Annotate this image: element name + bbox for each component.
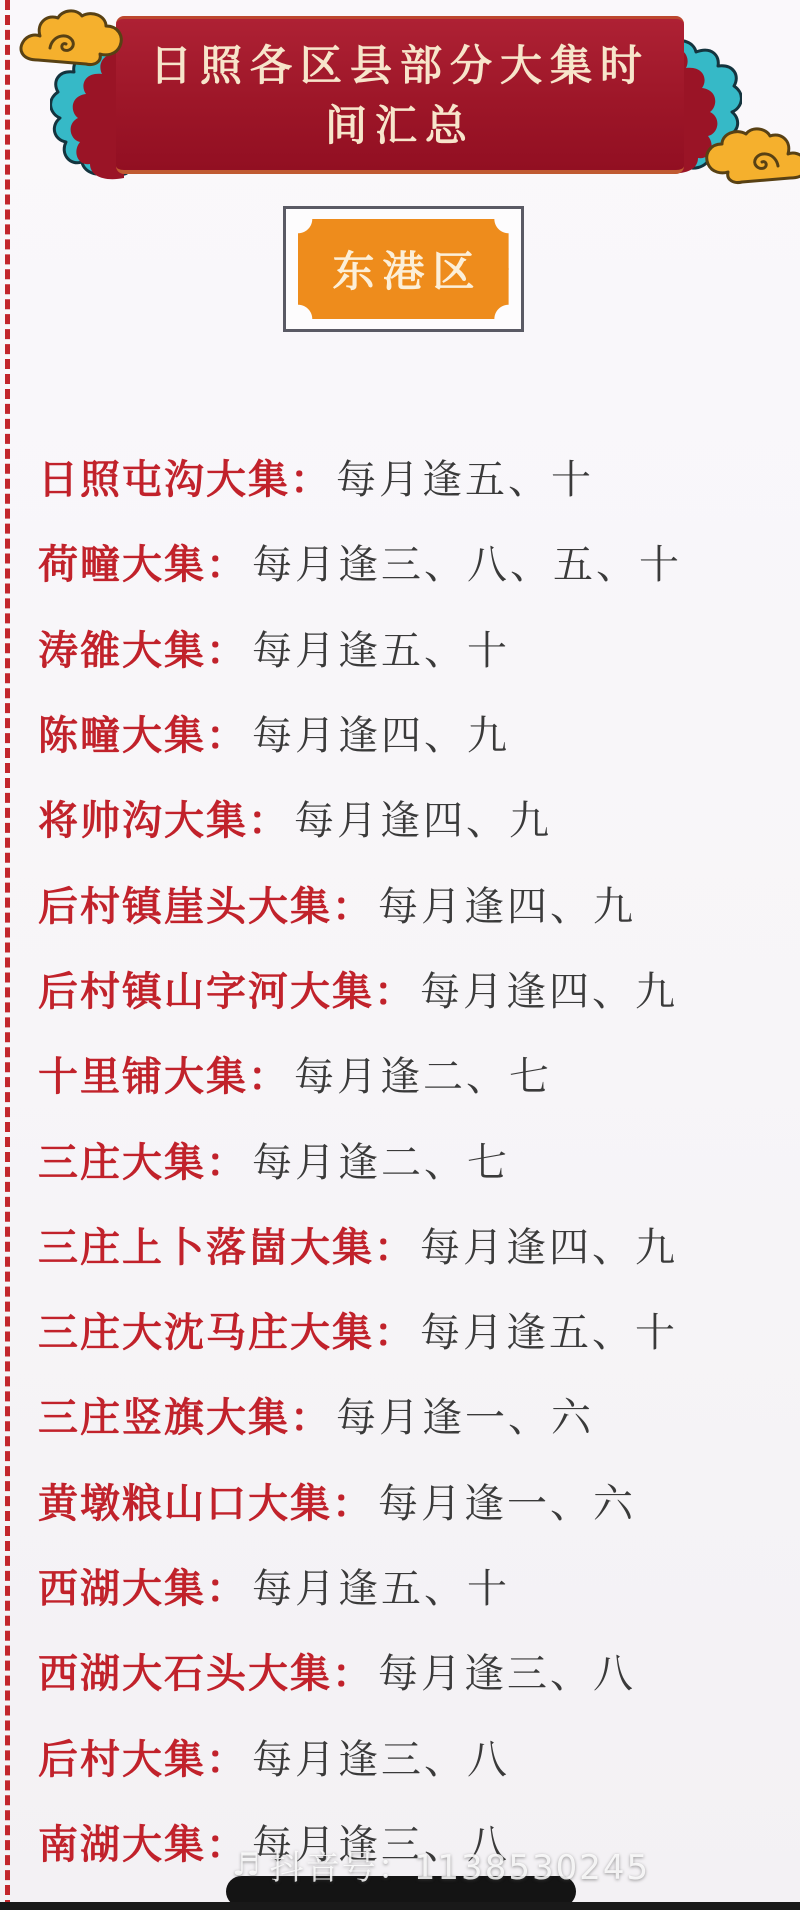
gold-cloud-icon xyxy=(16,6,128,70)
market-name: 西湖大石头大集： xyxy=(38,1642,374,1699)
market-schedule: 每月逢五、十 xyxy=(420,1301,678,1358)
market-name: 涛雒大集： xyxy=(38,619,248,676)
district-label: 东港区 xyxy=(298,219,509,319)
market-list: 日照屯沟大集： 每月逢五、十 荷疃大集： 每月逢三、八、五、十 涛雒大集： 每月… xyxy=(38,434,786,1884)
market-schedule: 每月逢四、九 xyxy=(252,704,510,761)
market-name: 荷疃大集： xyxy=(38,533,248,590)
market-name: 西湖大集： xyxy=(38,1557,248,1614)
market-name: 三庄大集： xyxy=(38,1131,248,1188)
list-item: 三庄大集： 每月逢二、七 xyxy=(38,1116,786,1201)
list-item: 后村镇崖头大集： 每月逢四、九 xyxy=(38,860,786,945)
market-name: 三庄大沈马庄大集： xyxy=(38,1301,416,1358)
market-name: 南湖大集： xyxy=(38,1813,248,1870)
left-dashed-border xyxy=(5,0,10,1910)
poster-page: 日照各区县部分大集时 间汇总 东港区 日照屯沟大集： 每月逢五、十 荷疃大集： … xyxy=(0,0,800,1910)
title-banner: 日照各区县部分大集时 间汇总 xyxy=(116,16,684,174)
list-item: 涛雒大集： 每月逢五、十 xyxy=(38,605,786,690)
market-schedule: 每月逢三、八 xyxy=(378,1642,636,1699)
market-name: 陈疃大集： xyxy=(38,704,248,761)
list-item: 十里铺大集： 每月逢二、七 xyxy=(38,1031,786,1116)
market-name: 十里铺大集： xyxy=(38,1045,290,1102)
list-item: 荷疃大集： 每月逢三、八、五、十 xyxy=(38,519,786,604)
page-title-line1: 日照各区县部分大集时 xyxy=(116,36,684,96)
page-title-line2: 间汇总 xyxy=(116,96,684,156)
market-schedule: 每月逢五、十 xyxy=(336,448,594,505)
market-schedule: 每月逢二、七 xyxy=(252,1131,510,1188)
list-item: 黄墩粮山口大集： 每月逢一、六 xyxy=(38,1458,786,1543)
list-item: 西湖大石头大集： 每月逢三、八 xyxy=(38,1628,786,1713)
market-name: 三庄上卜落崮大集： xyxy=(38,1216,416,1273)
gold-cloud-icon xyxy=(700,124,800,188)
bottom-edge-strip xyxy=(0,1902,800,1910)
banner-scallop-decoration xyxy=(64,52,124,182)
market-name: 后村大集： xyxy=(38,1728,248,1785)
list-item: 三庄上卜落崮大集： 每月逢四、九 xyxy=(38,1202,786,1287)
market-schedule: 每月逢一、六 xyxy=(336,1386,594,1443)
market-schedule: 每月逢四、九 xyxy=(378,875,636,932)
market-schedule: 每月逢四、九 xyxy=(420,960,678,1017)
list-item: 后村镇山字河大集： 每月逢四、九 xyxy=(38,946,786,1031)
market-name: 三庄竖旗大集： xyxy=(38,1386,332,1443)
list-item: 三庄大沈马庄大集： 每月逢五、十 xyxy=(38,1287,786,1372)
market-name: 后村镇山字河大集： xyxy=(38,960,416,1017)
market-schedule: 每月逢五、十 xyxy=(252,1557,510,1614)
list-item: 将帅沟大集： 每月逢四、九 xyxy=(38,775,786,860)
watermark-text: 抖音号：1138530245 xyxy=(270,1840,650,1889)
market-schedule: 每月逢四、九 xyxy=(294,789,552,846)
market-schedule: 每月逢一、六 xyxy=(378,1472,636,1529)
market-schedule: 每月逢五、十 xyxy=(252,619,510,676)
market-name: 后村镇崖头大集： xyxy=(38,875,374,932)
list-item: 陈疃大集： 每月逢四、九 xyxy=(38,690,786,775)
market-schedule: 每月逢二、七 xyxy=(294,1045,552,1102)
list-item: 西湖大集： 每月逢五、十 xyxy=(38,1543,786,1628)
market-schedule: 每月逢四、九 xyxy=(420,1216,678,1273)
market-schedule: 每月逢三、八、五、十 xyxy=(252,533,682,590)
market-name: 日照屯沟大集： xyxy=(38,448,332,505)
market-name: 黄墩粮山口大集： xyxy=(38,1472,374,1529)
list-item: 日照屯沟大集： 每月逢五、十 xyxy=(38,434,786,519)
list-item: 后村大集： 每月逢三、八 xyxy=(38,1713,786,1798)
watermark: ♬ 抖音号：1138530245 xyxy=(232,1840,650,1889)
market-schedule: 每月逢三、八 xyxy=(252,1728,510,1785)
market-name: 将帅沟大集： xyxy=(38,789,290,846)
music-note-icon: ♬ xyxy=(232,1847,262,1883)
list-item: 三庄竖旗大集： 每月逢一、六 xyxy=(38,1372,786,1457)
district-box: 东港区 xyxy=(283,206,524,332)
